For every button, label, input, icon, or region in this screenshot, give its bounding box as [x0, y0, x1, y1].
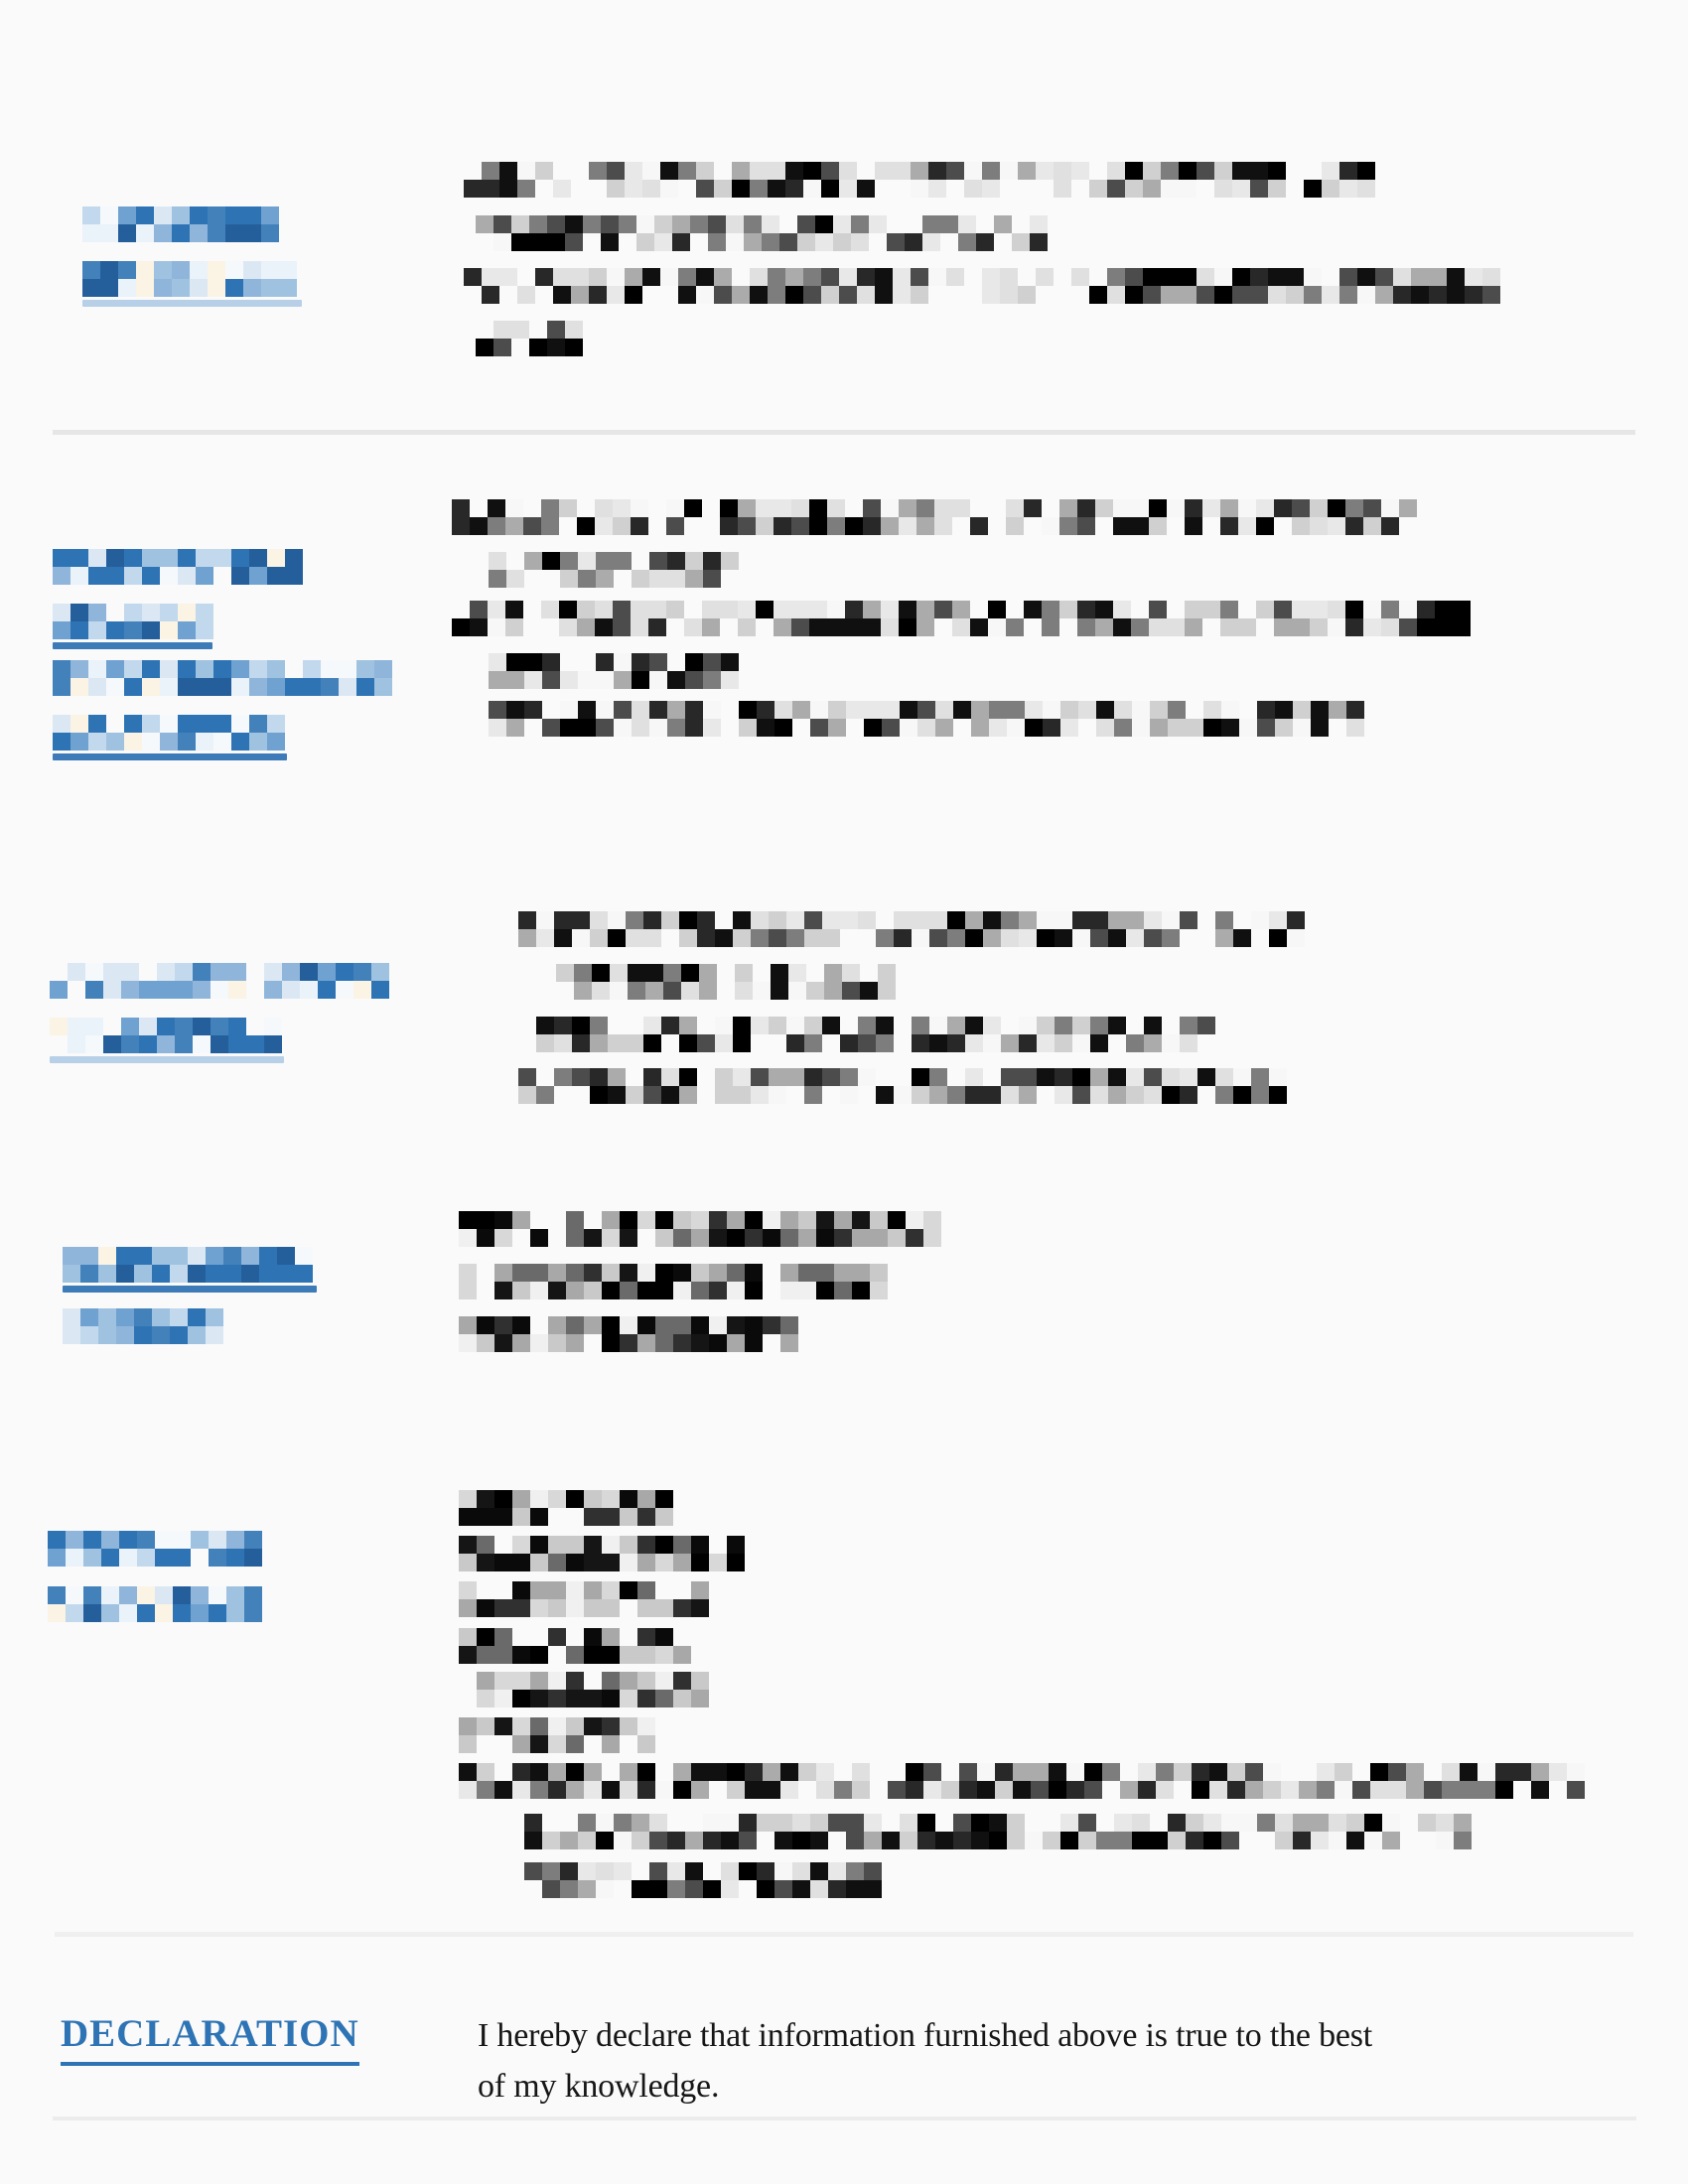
section-personal-details-content-line-3 [459, 1581, 709, 1617]
declaration-text-line-1: I hereby declare that information furnis… [478, 2010, 1629, 2061]
section-internship-training-content-line-2 [476, 215, 1048, 251]
section-divider-2 [55, 1932, 1633, 1937]
section-co-curricular-activities-content-line-2 [556, 964, 896, 1000]
section-co-curricular-activities-content-line-3 [518, 1017, 1215, 1052]
section-languages-known-heading-line-1-underline [63, 1286, 317, 1293]
section-technical-paper-presentation-seminars-heading-line-3 [53, 660, 392, 696]
section-personal-details-content-line-5 [459, 1672, 709, 1707]
section-languages-known-heading-line-1 [63, 1247, 313, 1283]
section-personal-details-heading-line-2 [48, 1586, 262, 1622]
declaration-heading: DECLARATION [61, 2014, 359, 2066]
section-technical-paper-presentation-seminars-content-line-2 [489, 552, 739, 588]
section-internship-training-heading-line-1 [82, 206, 279, 242]
section-personal-details-content-line-7 [459, 1763, 1585, 1799]
section-internship-training-heading-line-2-underline [82, 300, 302, 307]
section-technical-paper-presentation-seminars-content-line-1 [452, 499, 1435, 535]
section-technical-paper-presentation-seminars-content-line-3 [452, 601, 1471, 636]
section-personal-details-content-line-9 [524, 1862, 882, 1898]
section-technical-paper-presentation-seminars-heading-line-1 [53, 549, 303, 585]
resume-page: DECLARATION I hereby declare that inform… [0, 0, 1688, 2184]
section-languages-known-heading-line-2 [63, 1308, 223, 1344]
section-technical-paper-presentation-seminars-heading-line-2 [53, 604, 213, 639]
section-divider-3 [53, 2116, 1636, 2120]
section-personal-details-content-line-6 [459, 1717, 655, 1753]
declaration-text: I hereby declare that information furnis… [478, 2010, 1629, 2112]
section-internship-training-heading-line-2 [82, 261, 297, 297]
section-technical-paper-presentation-seminars-content-line-5 [489, 701, 1364, 737]
section-technical-paper-presentation-seminars-heading-line-4-underline [53, 753, 287, 760]
section-internship-training-content-line-4 [476, 321, 583, 356]
section-co-curricular-activities-heading-line-2 [50, 1018, 282, 1053]
section-personal-details-content-line-1 [459, 1490, 673, 1526]
section-internship-training-content-line-3 [446, 268, 1500, 304]
section-languages-known-content-line-1 [459, 1211, 941, 1247]
section-personal-details-content-line-4 [459, 1628, 691, 1664]
section-technical-paper-presentation-seminars-content-line-4 [489, 653, 739, 689]
section-co-curricular-activities-content-line-4 [518, 1068, 1287, 1104]
section-co-curricular-activities-heading-line-1 [50, 963, 389, 999]
section-personal-details-heading-line-1 [48, 1531, 262, 1567]
section-co-curricular-activities-heading-line-2-underline [50, 1056, 284, 1063]
declaration-text-line-2: of my knowledge. [478, 2061, 1629, 2112]
section-technical-paper-presentation-seminars-heading-line-2-underline [53, 642, 212, 649]
section-internship-training-content-line-1 [446, 162, 1393, 198]
section-languages-known-content-line-3 [459, 1316, 798, 1352]
section-divider-1 [53, 430, 1635, 435]
section-technical-paper-presentation-seminars-heading-line-4 [53, 715, 285, 751]
section-languages-known-content-line-2 [459, 1264, 888, 1299]
section-personal-details-content-line-8 [524, 1814, 1472, 1849]
section-co-curricular-activities-content-line-1 [518, 911, 1305, 947]
section-personal-details-content-line-2 [459, 1536, 745, 1571]
